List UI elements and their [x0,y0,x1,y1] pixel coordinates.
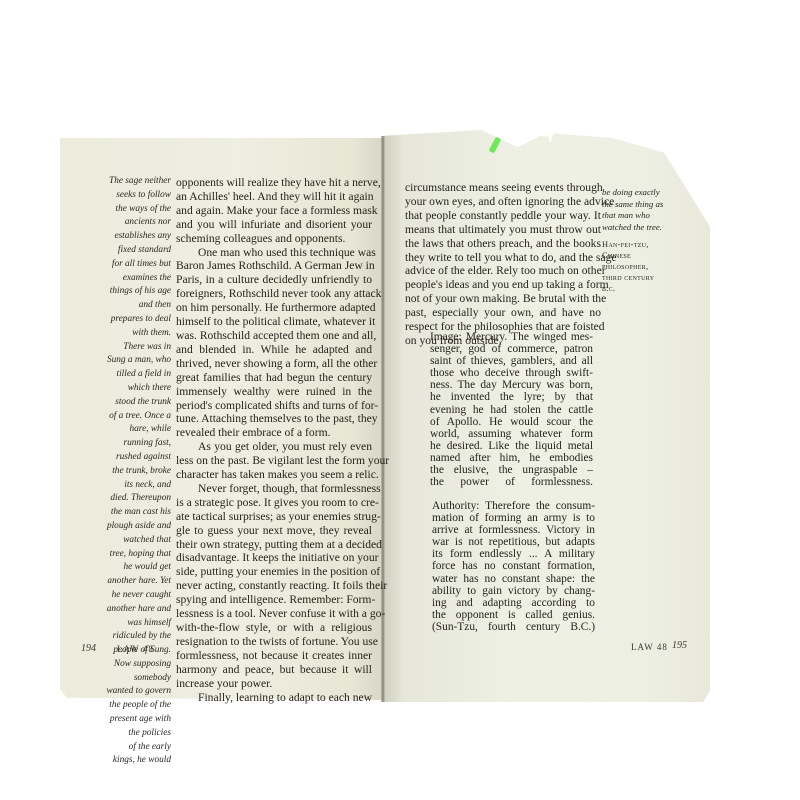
sidenote-line: the people of the [100,699,171,713]
sidenote-line: the trunk, broke [100,465,171,479]
sidenote-line: ridiculed by the [100,630,171,644]
sidenote-line: tilled a field in [100,368,171,382]
sidenote-line: establishes any [100,230,171,244]
left-body-text: opponents will realize they have hit a n… [176,176,372,704]
sidenote-line: which there [100,382,171,396]
sidenote-line: the same thing as [602,199,682,211]
sidenote-line: died. Thereupon [100,492,171,506]
sidenote-line: tree, hoping that [100,548,171,562]
quote-line: water has no constant shape: the [432,573,595,585]
body-line: people's ideas and you end up taking a f… [405,278,601,292]
sidenote-line: of a tree. Once a [100,410,171,424]
right-sidenote: be doing exactlythe same thing asthat ma… [602,187,682,294]
body-line: tune. Attaching themselves to the past, … [176,412,372,426]
sidenote-line: wanted to govern [100,685,171,699]
left-page-number: 194 [81,643,96,654]
body-line: Finally, learning to adapt to each new [176,691,372,705]
sidenote-line: and then [100,299,171,313]
attribution-line: philosopher, [602,261,682,272]
body-line: formlessness, not because it creates inn… [176,649,372,663]
body-line: great families that had begun the centur… [176,371,372,385]
body-line: increase your power. [176,677,372,691]
body-line: thrived, never showing a form, all the o… [176,357,372,371]
sidenote-line: present age with [100,713,171,727]
sidenote-line: was himself [100,617,171,631]
sidenote-line: There was in [100,341,171,355]
sidenote-line: The sage neither [100,175,171,189]
body-line: and blended in. While he adapted and [176,343,372,357]
era-abbreviation: B.C.) [560,621,595,633]
quote-line: war is not repetitious, but adapts [432,536,595,548]
body-line: their own strategy, putting them at a de… [176,538,372,552]
body-line: they write to tell you what to do, and t… [405,251,601,265]
body-line: side, putting your enemies in the positi… [176,565,372,579]
sidenote-line: watched the tree. [602,222,682,234]
quote-line: Authority: Therefore the consum- [432,500,595,512]
quote-line: he desired. Like the liquid metal [430,440,593,452]
body-line: gle to guess your next move, they reveal [176,524,372,538]
sidenote-line: seeks to follow [100,189,171,203]
body-line: advice of the elder. Rely too much on ot… [405,264,601,278]
body-line: and you will infuriate and disorient you… [176,218,372,232]
body-line: Baron James Rothschild. A German Jew in [176,259,372,273]
quote-line: those who deceive through swift- [430,367,593,379]
sidenote-line: somebody [100,672,171,686]
attribution-line: third century [602,272,682,283]
sidenote-line: prepares to deal [100,313,171,327]
body-line: lessness is a tool. Never confuse it wit… [176,607,372,621]
body-line: harmony and peace, but because it will [176,663,372,677]
right-page-number: 195 [672,640,687,651]
body-line: is a strategic pose. It gives you room t… [176,496,372,510]
body-line: foreigners, Rothschild never took any at… [176,287,372,301]
sidenote-line: the man cast his [100,506,171,520]
body-line: ate tactical surprises; as your enemies … [176,510,372,524]
quote-line: the elusive, the ungraspable – [430,464,593,476]
sidenote-line: things of his age [100,285,171,299]
body-line: not of your own making. Be brutal with t… [405,292,601,306]
body-line: circumstance means seeing events through [405,181,601,195]
body-line: disadvantage. It keeps the initiative on… [176,551,372,565]
sidenote-line: another hare. Yet [100,575,171,589]
quote-line: the opponent is called genius. [432,609,595,621]
body-line: revealed their embrace of a form. [176,426,372,440]
sidenote-line: running fast, [100,437,171,451]
sidenote-line: be doing exactly [602,187,682,199]
right-body-text: circumstance means seeing events through… [405,181,601,348]
body-line: Paris, in a culture decidedly unfriendly… [176,273,372,287]
sidenote-line: Now supposing [100,658,171,672]
right-running-head: LAW 48 [631,642,668,652]
sidenote-line: plough aside and [100,520,171,534]
sidenote-line: hare, while [100,423,171,437]
body-line: the laws that others preach, and the boo… [405,237,601,251]
body-line: character has taken makes you seem a rel… [176,468,372,482]
attribution-line: Han-fei-tzu, [602,239,682,250]
body-line: resignation to the twists of fortune. Yo… [176,635,372,649]
body-line: One man who used this technique was [176,246,372,260]
sidenote-line: rushed against [100,451,171,465]
body-line: an Achilles' heel. And they will hit it … [176,190,372,204]
sidenote-line: examines the [100,272,171,286]
sidenote-line: kings, he would [100,754,171,768]
body-line: never acting, constantly reacting. It fo… [176,579,372,593]
quote-line: (Sun-Tzu, fourth century B.C.) [432,621,595,633]
body-line: on him personally. He furthermore adapte… [176,301,372,315]
sidenote-line: Sung a man, who [100,354,171,368]
sidenote-attribution: Han-fei-tzu,Chinesephilosopher,third cen… [602,239,682,294]
body-line: As you get older, you must rely even [176,440,372,454]
body-line: spying and intelligence. Remember: Form- [176,593,372,607]
sidenote-line: he would get [100,561,171,575]
body-line: with-the-flow style, or with a religious [176,621,372,635]
quote-line: world, assuming whatever form [430,428,593,440]
quote-line: saint of thieves, gamblers, and all [430,355,593,367]
sidenote-line: for all times but [100,258,171,272]
quote-line: Image: Mercury. The winged mes- [430,331,593,343]
quote-line: ness. The day Mercury was born, [430,379,593,391]
quote-line: its form endlessly ... A military [432,548,595,560]
image-quote: Image: Mercury. The winged mes-senger, g… [430,331,593,488]
sidenote-line: the ways of the [100,203,171,217]
body-line: Never forget, though, that formlessness [176,482,372,496]
sidenote-line: the policies [100,727,171,741]
sidenote-line: its neck, and [100,479,171,493]
attribution-line: b.c. [602,283,682,294]
sidenote-line: that man who [602,210,682,222]
sidenote-line: another hare and [100,603,171,617]
quote-line: arrive at formlessness. Victory in [432,524,595,536]
body-line: that people constantly peddle your way. … [405,209,601,223]
sidenote-line: he never caught [100,589,171,603]
sidenote-line: of the early [100,741,171,755]
authority-quote: Authority: Therefore the consum-mation o… [432,500,595,633]
body-line: himself to the political climate, whatev… [176,315,372,329]
body-line: period's complicated shifts and turns of… [176,399,372,413]
body-line: was. Rothschild accepted them one and al… [176,329,372,343]
quote-line: ability to gain victory by chang- [432,585,595,597]
body-line: less on the past. Be vigilant lest the f… [176,454,372,468]
quote-line: the power of formlessness. [430,476,593,488]
sidenote-line: stood the trunk [100,396,171,410]
quote-line: ing and adapting according to [432,597,595,609]
quote-line: mation of forming an army is to [432,512,595,524]
sidenote-line: with them. [100,327,171,341]
body-line: and again. Make your face a formless mas… [176,204,372,218]
quote-line: he invented the lyre; by that [430,391,593,403]
quote-line: named after him, he embodies [430,452,593,464]
body-line: scheming colleagues and opponents. [176,232,372,246]
sidenote-line: watched that [100,534,171,548]
body-line: opponents will realize they have hit a n… [176,176,372,190]
body-line: your own eyes, and often ignoring the ad… [405,195,601,209]
left-running-head: LAW 48 [117,644,154,654]
attribution-line: Chinese [602,250,682,261]
left-sidenote: The sage neitherseeks to followthe ways … [100,175,171,768]
body-line: means that ultimately you must throw out [405,223,601,237]
quote-line: evening he had stolen the cattle [430,404,593,416]
sidenote-line: ancients nor [100,216,171,230]
sidenote-line: fixed standard [100,244,171,258]
body-line: immensely wealthy were ruined in the [176,385,372,399]
quote-line: senger, god of commerce, patron [430,343,593,355]
quote-line: force has no constant formation, [432,560,595,572]
quote-line: of Apollo. He would scour the [430,416,593,428]
body-line: past, especially your own, and have no [405,306,601,320]
